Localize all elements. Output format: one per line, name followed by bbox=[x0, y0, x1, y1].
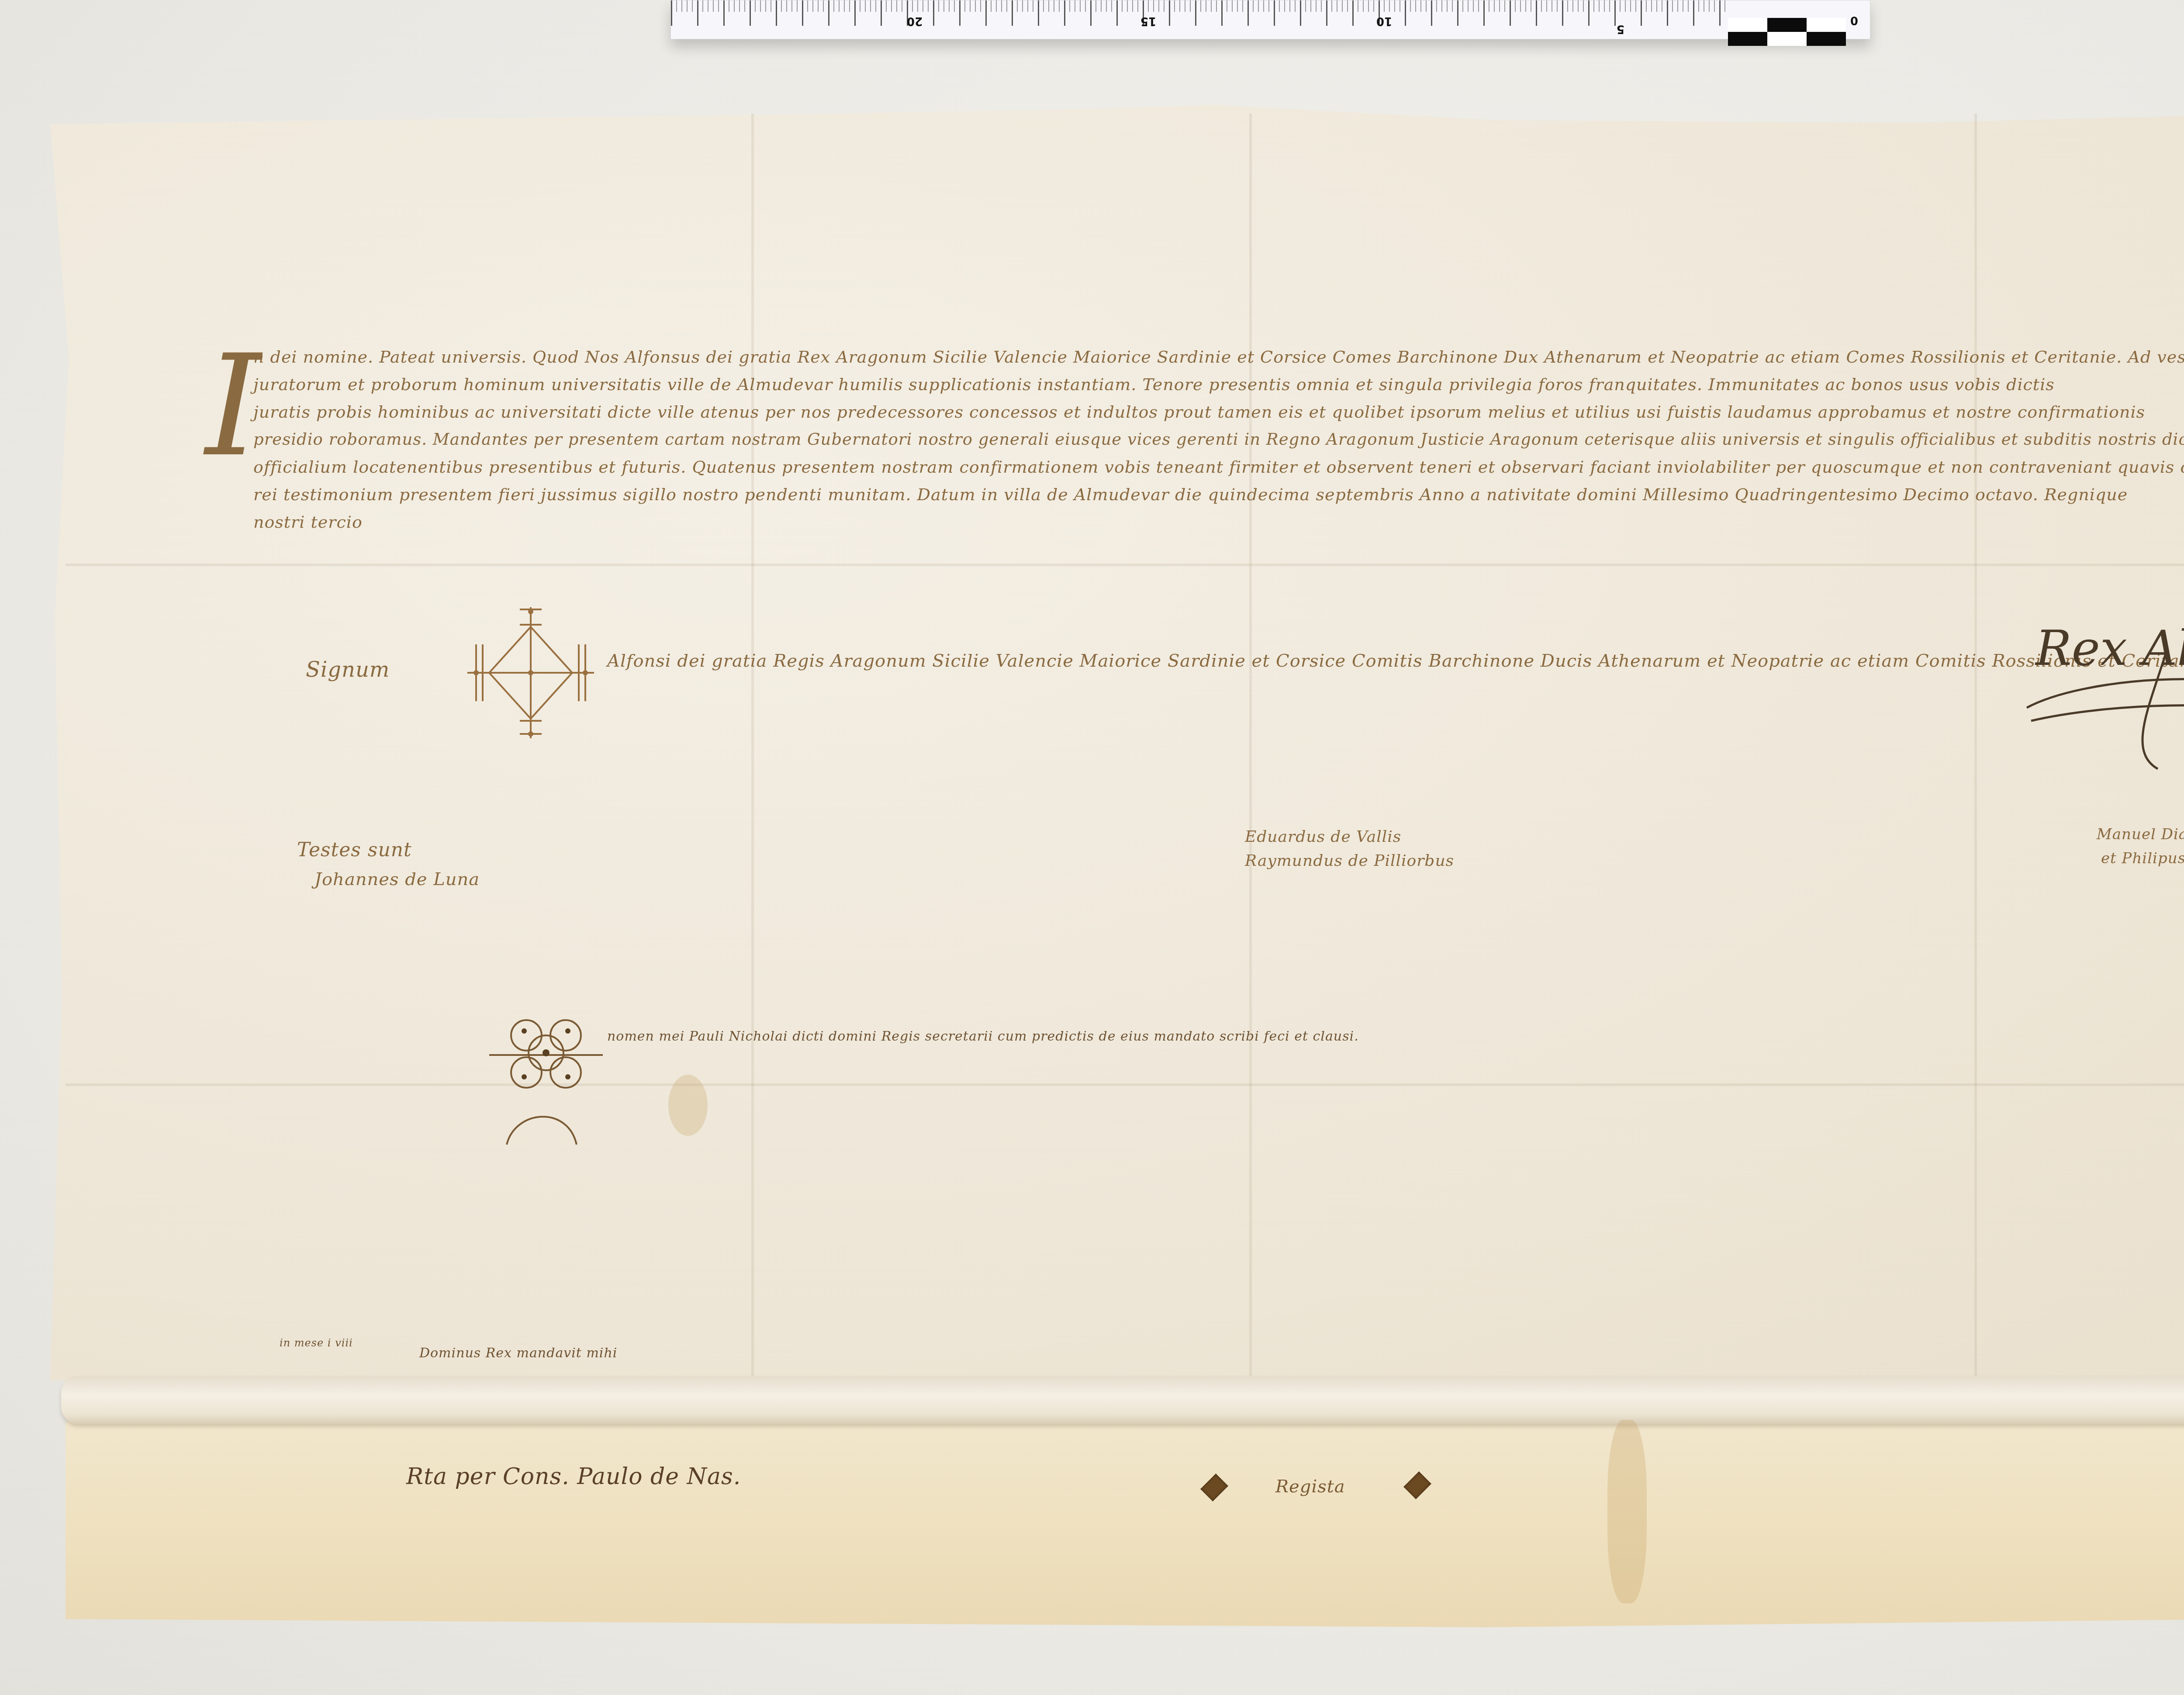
text-line: juratis probis hominibus ac universitati… bbox=[253, 402, 2145, 422]
text-line: rei testimonium presentem fieri jussimus… bbox=[253, 485, 2128, 504]
ruler-ticks bbox=[671, 0, 1726, 26]
notary-text: nomen mei Pauli Nicholai dicti domini Re… bbox=[607, 1029, 1359, 1044]
witness-name: Manuel Diaz maiordomus bbox=[2097, 826, 2184, 843]
text-line: officialium locatenentibus presentibus e… bbox=[253, 457, 2184, 477]
stain bbox=[1607, 1420, 1647, 1603]
text-line: juratorum et proborum hominum universita… bbox=[253, 375, 2055, 394]
signature-flourish-icon bbox=[2018, 642, 2184, 773]
parchment-sheet bbox=[50, 105, 2184, 1380]
signum-cross-icon bbox=[459, 603, 603, 743]
marginal-note: Dominus Rex mandavit mihi bbox=[419, 1346, 617, 1361]
plica-endorsement: Rta per Cons. Paulo de Nas. bbox=[406, 1463, 741, 1490]
notary-sign-icon bbox=[489, 1000, 603, 1149]
witness-name: Eduardus de Vallis bbox=[1245, 828, 1401, 846]
registration-mark: Regista bbox=[1275, 1477, 1345, 1497]
ruler-label-10: 10 bbox=[1376, 14, 1392, 28]
witnesses-heading: Testes sunt bbox=[297, 839, 412, 861]
ruler-label-5: 5 bbox=[1617, 22, 1624, 35]
signum-text: Alfonsi dei gratia Regis Aragonum Sicili… bbox=[607, 651, 2184, 671]
ruler-label-0: 0 bbox=[1850, 14, 1858, 27]
color-checker bbox=[1728, 18, 1846, 46]
stain bbox=[668, 1075, 708, 1136]
text-line: presidio roboramus. Mandantes per presen… bbox=[253, 430, 2184, 449]
fold-line bbox=[66, 1083, 2184, 1086]
fold-line bbox=[66, 564, 2184, 566]
witness-name: et Philipus Durricos milites bbox=[2101, 850, 2184, 867]
signum-label: Signum bbox=[306, 657, 390, 682]
ruler-label-15: 15 bbox=[1140, 14, 1156, 28]
plica-fold bbox=[66, 1422, 2184, 1627]
witness-name: Raymundus de Pilliorbus bbox=[1245, 852, 1454, 870]
scale-ruler: 20 15 10 5 0 bbox=[670, 0, 1870, 39]
plica-rolled-edge bbox=[61, 1376, 2184, 1424]
decorated-initial: I bbox=[205, 336, 260, 476]
text-line: nostri tercio bbox=[253, 512, 363, 532]
ruler-label-20: 20 bbox=[907, 14, 923, 28]
text-line: n dei nomine. Pateat universis. Quod Nos… bbox=[253, 347, 2184, 367]
witness-name: Johannes de Luna bbox=[314, 869, 480, 889]
marginal-note: in mese i viii bbox=[280, 1337, 353, 1349]
